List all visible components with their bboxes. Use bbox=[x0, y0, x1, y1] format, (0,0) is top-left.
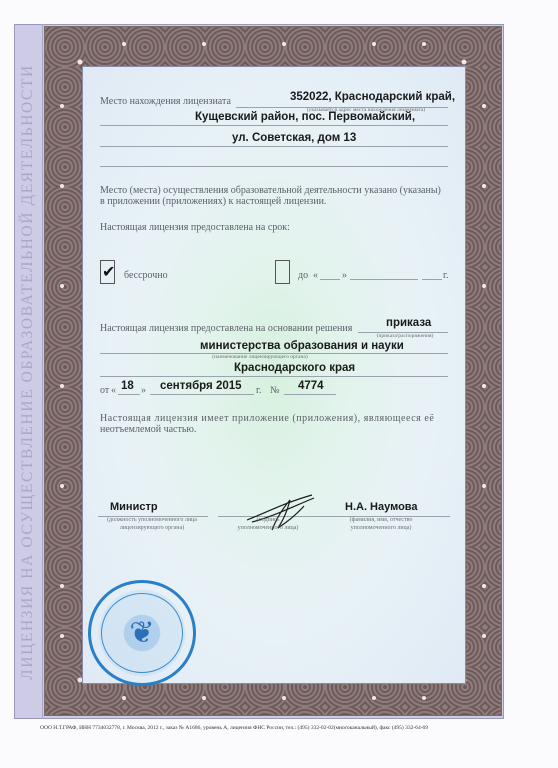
until-day-line bbox=[320, 279, 340, 280]
appendix-line2: неотъемлемой частью. bbox=[100, 424, 196, 435]
appendix-line1: Настоящая лицензия имеет приложение (при… bbox=[100, 413, 434, 424]
official-stamp: ❦ bbox=[88, 580, 196, 686]
month-year-line bbox=[150, 394, 254, 395]
address-line-4 bbox=[100, 166, 448, 167]
signature-hint-1: (подпись bbox=[218, 517, 318, 523]
address-line-3 bbox=[100, 146, 448, 147]
signer-name: Н.А. Наумова bbox=[345, 501, 418, 513]
until-close-quote: » bbox=[342, 270, 347, 281]
position-hint-1: (должность уполномоченного лица bbox=[92, 517, 212, 523]
order-year: 2015 bbox=[216, 380, 242, 392]
from-label: от bbox=[100, 385, 109, 396]
address-line1: 352022, Краснодарский край, bbox=[290, 91, 455, 103]
address-label: Место нахождения лицензиата bbox=[100, 96, 231, 107]
organ-hint: (наименование лицензирующего органа) bbox=[180, 354, 340, 360]
address-line2: Кущевский район, пос. Первомайский, bbox=[195, 111, 415, 123]
indefinite-checkbox[interactable]: ✔ bbox=[100, 260, 115, 284]
day-close-quote: » bbox=[141, 385, 146, 396]
day-open-quote: « bbox=[111, 385, 116, 396]
order-day: 18 bbox=[121, 380, 134, 392]
position-hint-2: лицензирующего органа) bbox=[92, 525, 212, 531]
side-title-text: Лицензия на осуществление образовательно… bbox=[19, 64, 37, 680]
address-line-2 bbox=[100, 125, 448, 126]
name-hint-2: уполномоченного лица) bbox=[322, 525, 440, 531]
organ-line-2 bbox=[100, 376, 448, 377]
order-number: 4774 bbox=[298, 380, 324, 392]
order-month: сентября bbox=[160, 380, 213, 392]
printer-footer: ООО Н.Т.ГРАФ, ИНН 7734032778, г. Москва,… bbox=[40, 725, 428, 731]
until-label: до bbox=[298, 270, 308, 281]
side-divider bbox=[42, 24, 43, 719]
until-month-line bbox=[350, 279, 418, 280]
until-year-line bbox=[422, 279, 442, 280]
term-label: Настоящая лицензия предоставлена на срок… bbox=[100, 222, 290, 233]
coat-of-arms-icon: ❦ bbox=[129, 616, 154, 651]
checkmark-icon: ✔ bbox=[102, 262, 115, 281]
signer-position: Министр bbox=[110, 501, 158, 513]
until-year-suffix: г. bbox=[443, 270, 448, 281]
year-suffix: г. bbox=[256, 385, 261, 396]
basis-label: Настоящая лицензия предоставлена на осно… bbox=[100, 323, 352, 334]
organ-line2: Краснодарского края bbox=[234, 362, 355, 374]
decision-type: приказа bbox=[386, 317, 431, 329]
decision-type-hint: (приказа/распоряжения) bbox=[360, 333, 450, 339]
address-line3: ул. Советская, дом 13 bbox=[232, 132, 356, 144]
number-label: № bbox=[270, 385, 280, 396]
until-open-quote: « bbox=[313, 270, 318, 281]
number-line bbox=[284, 394, 336, 395]
activity-place-line2: в приложении (приложениях) к настоящей л… bbox=[100, 196, 326, 207]
signature-hint-2: уполномоченного лица) bbox=[218, 525, 318, 531]
name-hint-1: (фамилия, имя, отчество bbox=[322, 517, 440, 523]
indefinite-label: бессрочно bbox=[124, 270, 168, 281]
side-title: Лицензия на осуществление образовательно… bbox=[14, 24, 42, 719]
organ-line1: министерства образования и науки bbox=[200, 340, 404, 352]
activity-place-line1: Место (места) осуществления образователь… bbox=[100, 185, 441, 196]
until-checkbox[interactable] bbox=[275, 260, 290, 284]
day-line bbox=[118, 394, 140, 395]
